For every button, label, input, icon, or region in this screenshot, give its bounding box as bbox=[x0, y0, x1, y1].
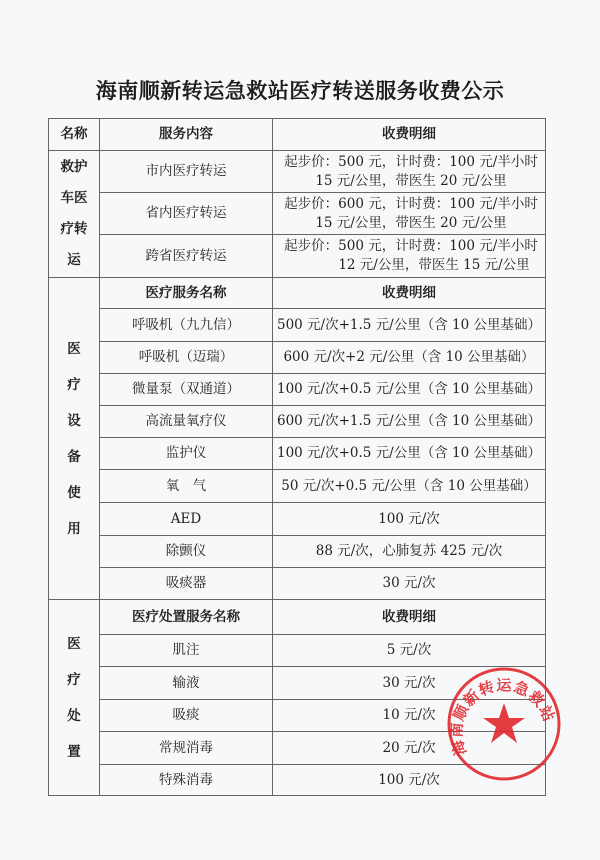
table-row: 吸痰 10 元/次 bbox=[49, 700, 546, 732]
equipment-name: 监护仪 bbox=[100, 438, 273, 470]
equipment-name: AED bbox=[100, 503, 273, 536]
equipment-name: 高流量氧疗仪 bbox=[100, 406, 273, 438]
table-row: 常规消毒 20 元/次 bbox=[49, 732, 546, 765]
equipment-name: 除颤仪 bbox=[100, 536, 273, 568]
service-name: 市内医疗转运 bbox=[100, 151, 273, 193]
table-row: 高流量氧疗仪 600 元/次+1.5 元/公里（含 10 公里基础） bbox=[49, 406, 546, 438]
equipment-fee: 50 元/次+0.5 元/公里（含 10 公里基础） bbox=[273, 470, 546, 503]
equipment-fee: 100 元/次 bbox=[273, 503, 546, 536]
document-title: 海南顺新转运急救站医疗转送服务收费公示 bbox=[0, 75, 600, 105]
equipment-fee: 100 元/次+0.5 元/公里（含 10 公里基础） bbox=[273, 374, 546, 406]
table-row: 跨省医疗转运 起步价：500 元，计时费：100 元/半小时 12 元/公里，带… bbox=[49, 235, 546, 278]
header-fee: 收费明细 bbox=[273, 119, 546, 151]
header-service: 服务内容 bbox=[100, 119, 273, 151]
equipment-subheader-row: 医 疗 设 备 使 用 医疗服务名称 收费明细 bbox=[49, 278, 546, 309]
treatment-subheader-row: 医 疗 处 置 医疗处置服务名称 收费明细 bbox=[49, 600, 546, 635]
treatment-name: 输液 bbox=[100, 667, 273, 700]
treatment-fee: 10 元/次 bbox=[273, 700, 546, 732]
equipment-name: 呼吸机（九九信） bbox=[100, 309, 273, 342]
table-row: 吸痰器 30 元/次 bbox=[49, 568, 546, 600]
subheader-service-name: 医疗服务名称 bbox=[100, 278, 273, 309]
table-row: 氧 气 50 元/次+0.5 元/公里（含 10 公里基础） bbox=[49, 470, 546, 503]
treatment-fee: 5 元/次 bbox=[273, 635, 546, 667]
equipment-fee: 500 元/次+1.5 元/公里（含 10 公里基础） bbox=[273, 309, 546, 342]
equipment-fee: 88 元/次，心肺复苏 425 元/次 bbox=[273, 536, 546, 568]
table-header-row: 名称 服务内容 收费明细 bbox=[49, 119, 546, 151]
table-row: 特殊消毒 100 元/次 bbox=[49, 765, 546, 796]
equipment-name: 呼吸机（迈瑞） bbox=[100, 342, 273, 374]
fee-detail: 起步价：600 元，计时费：100 元/半小时 15 元/公里，带医生 20 元… bbox=[273, 193, 546, 235]
equipment-name: 氧 气 bbox=[100, 470, 273, 503]
category-medical-treatment: 医 疗 处 置 bbox=[49, 600, 100, 796]
table-row: 省内医疗转运 起步价：600 元，计时费：100 元/半小时 15 元/公里，带… bbox=[49, 193, 546, 235]
equipment-fee: 600 元/次+1.5 元/公里（含 10 公里基础） bbox=[273, 406, 546, 438]
table-row: AED 100 元/次 bbox=[49, 503, 546, 536]
table-row: 呼吸机（九九信） 500 元/次+1.5 元/公里（含 10 公里基础） bbox=[49, 309, 546, 342]
subheader-fee: 收费明细 bbox=[273, 600, 546, 635]
equipment-name: 吸痰器 bbox=[100, 568, 273, 600]
service-name: 省内医疗转运 bbox=[100, 193, 273, 235]
treatment-fee: 20 元/次 bbox=[273, 732, 546, 765]
treatment-name: 特殊消毒 bbox=[100, 765, 273, 796]
equipment-fee: 30 元/次 bbox=[273, 568, 546, 600]
table-row: 监护仪 100 元/次+0.5 元/公里（含 10 公里基础） bbox=[49, 438, 546, 470]
equipment-fee: 100 元/次+0.5 元/公里（含 10 公里基础） bbox=[273, 438, 546, 470]
subheader-fee: 收费明细 bbox=[273, 278, 546, 309]
category-ambulance-transfer: 救护 车医 疗转 运 bbox=[49, 151, 100, 278]
subheader-treatment-name: 医疗处置服务名称 bbox=[100, 600, 273, 635]
table-row: 除颤仪 88 元/次，心肺复苏 425 元/次 bbox=[49, 536, 546, 568]
fee-detail: 起步价：500 元，计时费：100 元/半小时 15 元/公里，带医生 20 元… bbox=[273, 151, 546, 193]
table-row: 肌注 5 元/次 bbox=[49, 635, 546, 667]
treatment-fee: 100 元/次 bbox=[273, 765, 546, 796]
table-row: 呼吸机（迈瑞） 600 元/次+2 元/公里（含 10 公里基础） bbox=[49, 342, 546, 374]
equipment-name: 微量泵（双通道） bbox=[100, 374, 273, 406]
treatment-fee: 30 元/次 bbox=[273, 667, 546, 700]
fee-table: 名称 服务内容 收费明细 救护 车医 疗转 运 市内医疗转运 起步价：500 元… bbox=[48, 118, 546, 796]
table-row: 输液 30 元/次 bbox=[49, 667, 546, 700]
table-row: 微量泵（双通道） 100 元/次+0.5 元/公里（含 10 公里基础） bbox=[49, 374, 546, 406]
treatment-name: 吸痰 bbox=[100, 700, 273, 732]
header-name: 名称 bbox=[49, 119, 100, 151]
table-row: 救护 车医 疗转 运 市内医疗转运 起步价：500 元，计时费：100 元/半小… bbox=[49, 151, 546, 193]
category-medical-equipment: 医 疗 设 备 使 用 bbox=[49, 278, 100, 600]
fee-detail: 起步价：500 元，计时费：100 元/半小时 12 元/公里，带医生 15 元… bbox=[273, 235, 546, 278]
treatment-name: 常规消毒 bbox=[100, 732, 273, 765]
service-name: 跨省医疗转运 bbox=[100, 235, 273, 278]
treatment-name: 肌注 bbox=[100, 635, 273, 667]
equipment-fee: 600 元/次+2 元/公里（含 10 公里基础） bbox=[273, 342, 546, 374]
